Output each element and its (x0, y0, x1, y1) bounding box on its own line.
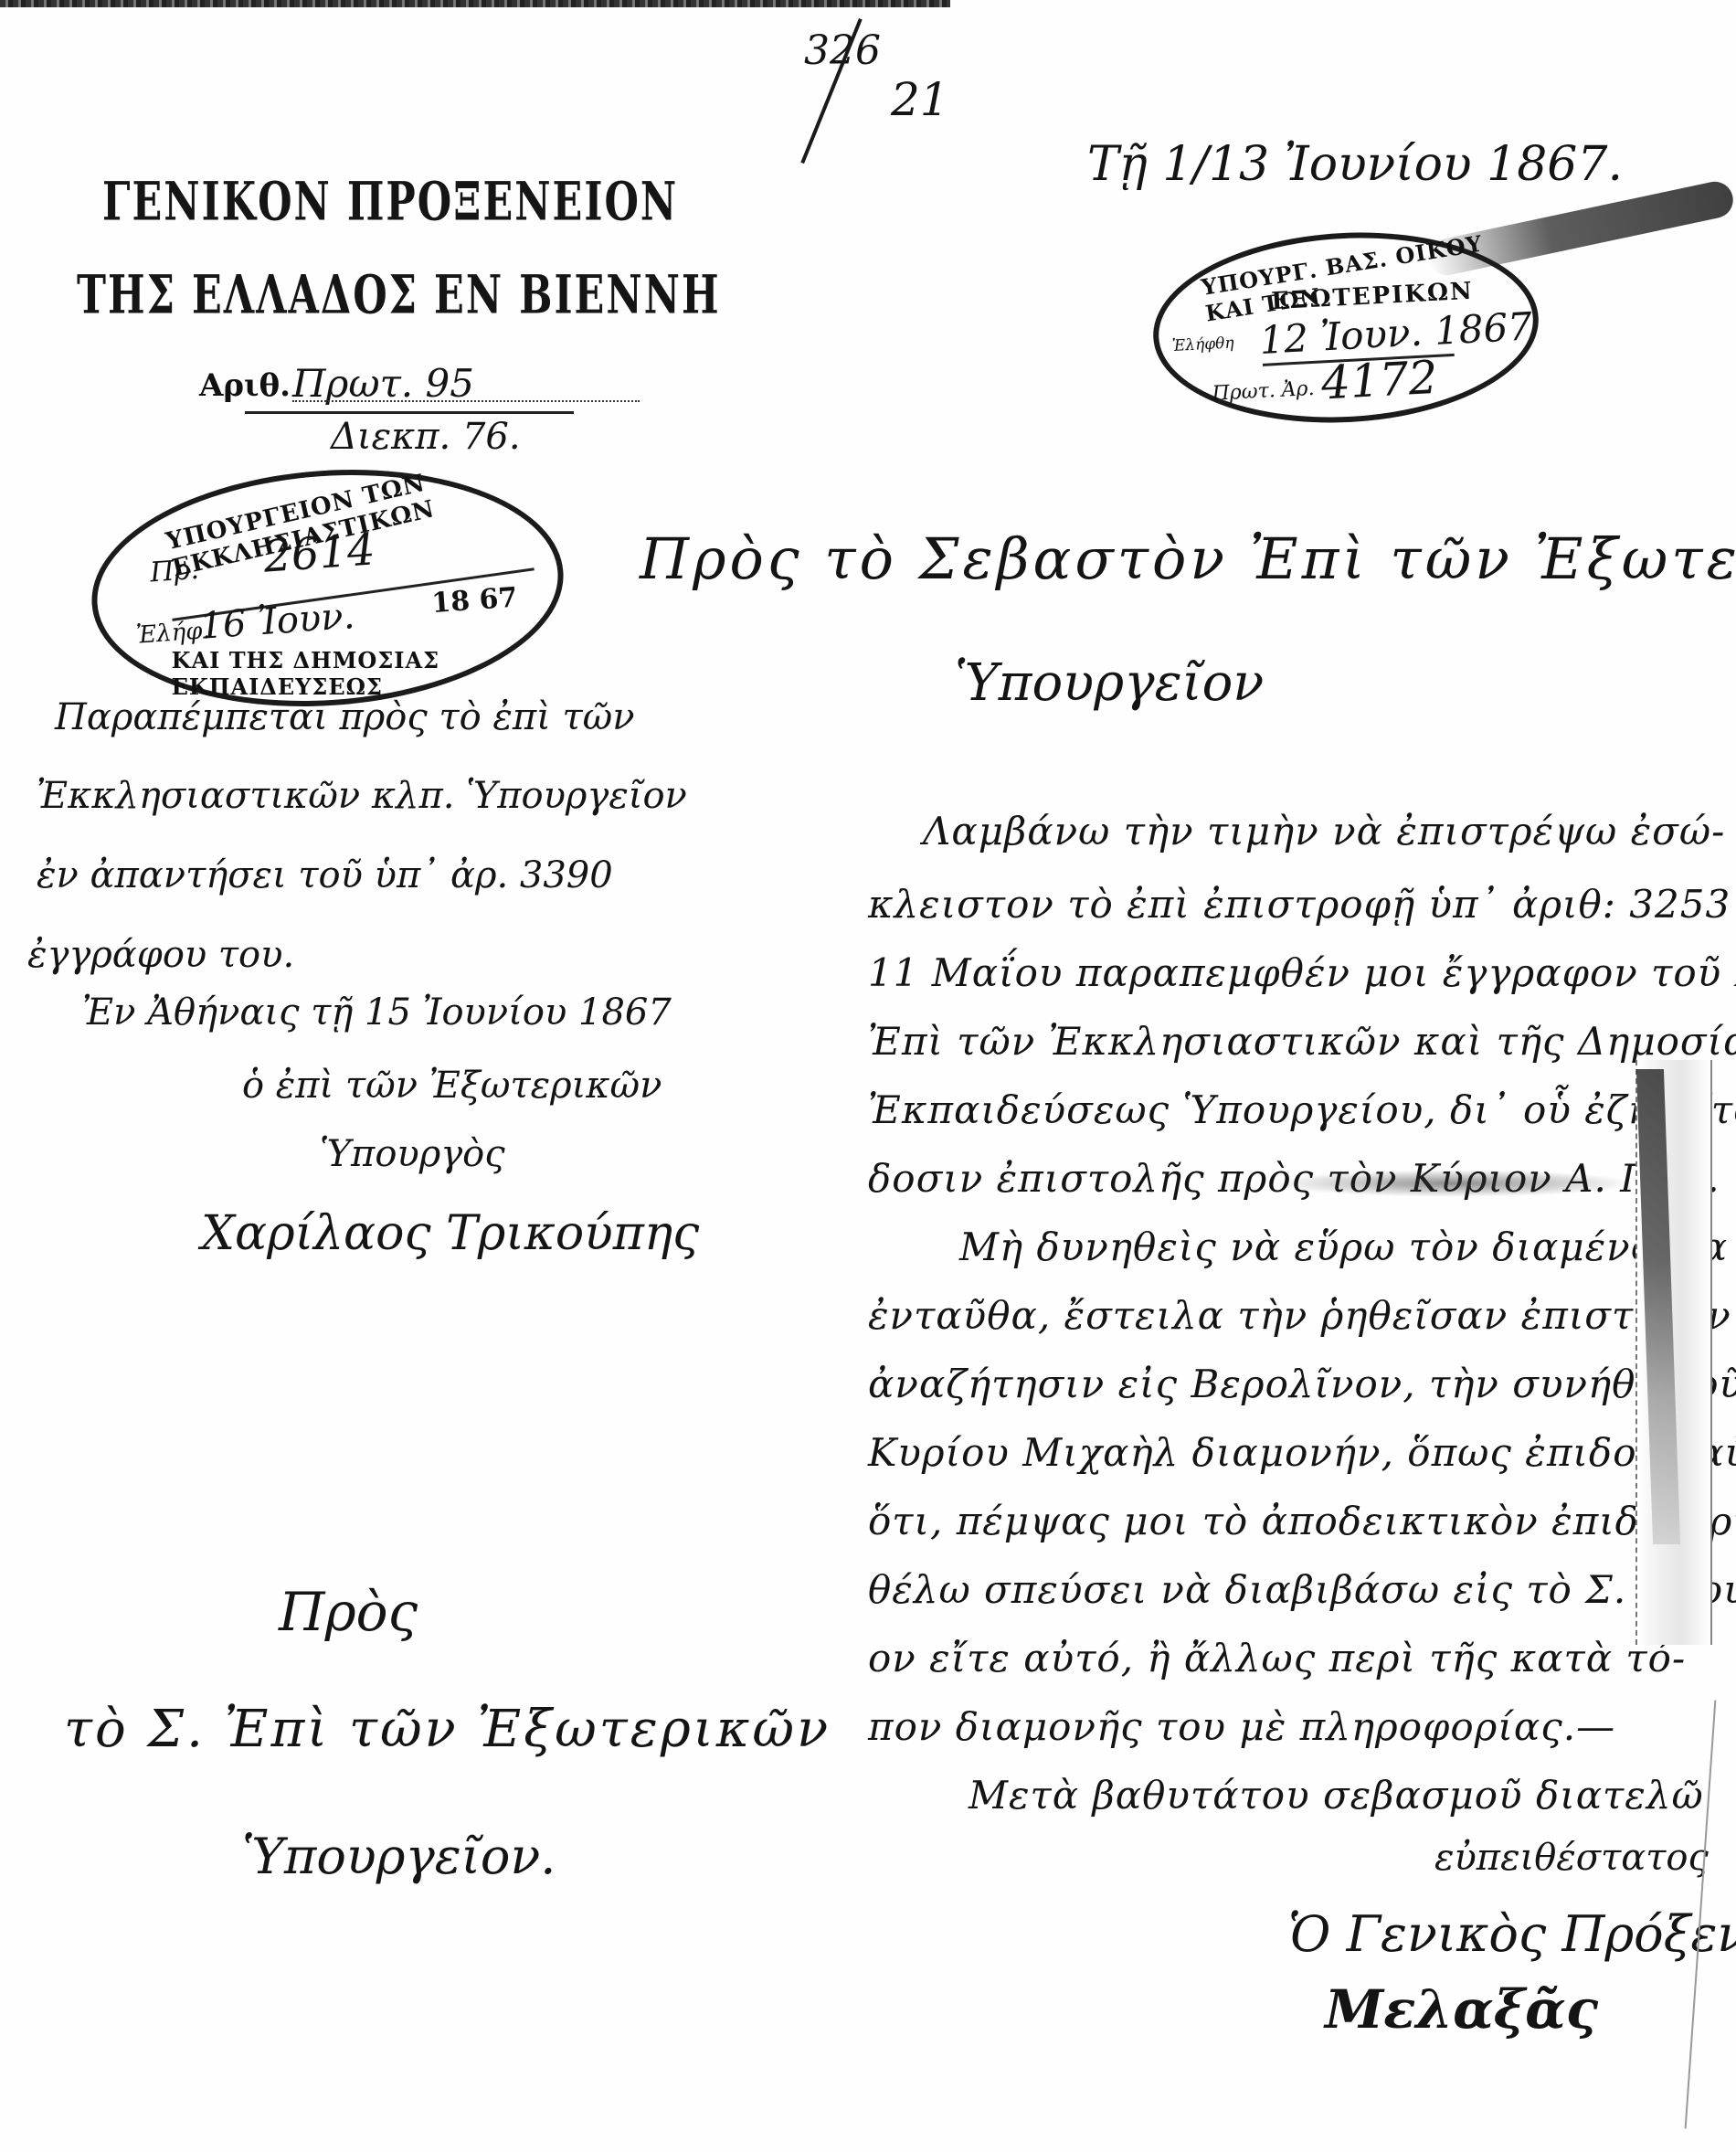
body-line: κλειστον τὸ ἐπὶ ἐπιστροφῇ ὑπ᾽ ἀριθ: 3253… (868, 882, 1736, 927)
marginal-note-line: Ἐκκλησιαστικῶν κλπ. Ὑπουργεῖον (37, 775, 687, 817)
body-line: Λαμβάνω τὴν τιμὴν νὰ ἐπιστρέψω ἐσώ- (923, 809, 1725, 853)
closing-valediction: εὐπειθέστατος (1434, 1837, 1709, 1879)
body-line: Μὴ δυνηθεὶς νὰ εὕρω τὸν διαμένοντα (959, 1224, 1728, 1269)
reference-protocol: Πρωτ. 95 (292, 361, 474, 406)
document-page: 326 21 Τῇ 1/13 Ἰουνίου 1867. ΓΕΝΙΚΟΝ ΠΡΟ… (0, 0, 1736, 2152)
stamp-foreign-ministry: ΥΠΟΥΡΓ. ΒΑΣ. ΟΙΚΟΥ ΚΑΙ ΤΩΝ ΕΞΩΤΕΡΙΚΩΝ Ἐλ… (1149, 223, 1543, 432)
letterhead-line-1: ΓΕΝΙΚΟΝ ΠΡΟΞΕΝΕΙΟΝ (102, 172, 678, 234)
scan-edge (0, 0, 950, 7)
body-line: ον εἴτε αὐτό, ἢ ἄλλως περὶ τῆς κατὰ τό- (868, 1636, 1686, 1680)
body-line: πον διαμονῆς του μὲ πληροφορίας.— (868, 1704, 1615, 1749)
reference-label: Αριθ. (199, 367, 291, 404)
body-line: Ἐπὶ τῶν Ἐκκλησιαστικῶν καὶ τῆς Δημοσίας (868, 1019, 1736, 1064)
stamp-received-label: Ἐλήφθη (1171, 334, 1234, 355)
stamp-education-ministry: ΥΠΟΥΡΓΕΙΟΝ ΤΩΝ ΕΚΚΛΗΣΙΑΣΤΙΚΩΝ Πρ. 2614 Ἐ… (84, 454, 572, 721)
reference-dispatch: Διεκπ. 76. (331, 416, 521, 458)
marginal-note-line: ἐγγράφου του. (27, 934, 294, 976)
stamp-protocol-label: Πρ. (149, 554, 200, 589)
reference-dotted-rule (292, 400, 640, 402)
archive-number-denominator: 21 (891, 73, 949, 126)
closing-title: Ὁ Γενικὸς Πρόξενος (1288, 1905, 1736, 1963)
minister-signature: Χαρίλαος Τρικούπης (201, 1206, 699, 1261)
body-line: Μετὰ βαθυτάτου σεβασμοῦ διατελῶ (969, 1773, 1704, 1818)
marginal-note-line: ἐν ἀπαντήσει τοῦ ὑπ᾽ ἀρ. 3390 (37, 854, 613, 896)
body-line: 11 Μαΐου παραπεμφθέν μοι ἔγγραφον τοῦ Σ. (868, 950, 1736, 995)
stamp-arc-bottom: ΚΑΙ ΤΗΣ ΔΗΜΟΣΙΑΣ ΕΚΠΑΙΔΕΥΣΕΩΣ (172, 647, 565, 700)
recipient-line-2: τὸ Σ. Ἐπὶ τῶν Ἐξωτερικῶν (64, 1700, 831, 1759)
addressee-heading-line-2: Ὑπουργεῖον (955, 653, 1264, 713)
stamp-protocol-label: Πρωτ. Ἀρ. (1212, 377, 1315, 406)
reference-rule (245, 411, 574, 414)
marginal-note-line: Ἐν Ἀθήναις τῇ 15 Ἰουνίου 1867 (82, 991, 672, 1034)
body-line: ἐνταῦθα, ἔστειλα τὴν ῥηθεῖσαν ἐπιστολὴν … (868, 1293, 1736, 1338)
marginal-note-line: ὁ ἐπὶ τῶν Ἐξωτερικῶν (242, 1065, 662, 1107)
recipient-line-3: Ὑπουργεῖον. (242, 1828, 556, 1885)
letter-date: Τῇ 1/13 Ἰουνίου 1867. (1087, 137, 1623, 192)
body-line: Ἐκπαιδεύσεως Ὑπουργείου, δι᾽ οὗ ἐζητεῖτο… (868, 1087, 1736, 1132)
stamp-year: 18 67 (430, 582, 518, 620)
ink-smudge (1270, 1170, 1635, 1197)
marginal-note-line: Παραπέμπεται πρὸς τὸ ἐπὶ τῶν (55, 696, 635, 738)
stamp-protocol-value: 4172 (1320, 351, 1439, 410)
recipient-line-1: Πρὸς (279, 1581, 418, 1643)
body-line: ἀναζήτησιν εἰς Βερολῖνον, τὴν συνήθη τοῦ (868, 1362, 1736, 1406)
addressee-heading-line-1: Πρὸς τὸ Σεβαστὸν Ἐπὶ τῶν Ἐξωτερικῶν (640, 525, 1736, 592)
marginal-note-line: Ὑπουργὸς (320, 1133, 505, 1175)
consul-signature: Μελαξᾶς (1325, 1978, 1598, 2041)
stamp-protocol-value: 2614 (262, 524, 377, 582)
body-line: θέλω σπεύσει νὰ διαβιβάσω εἰς τὸ Σ. Ὑπου… (868, 1567, 1736, 1612)
body-line: ὅτι, πέμψας μοι τὸ ἀποδεικτικὸν ἐπιδοτήρ… (868, 1499, 1736, 1543)
letterhead-line-2: ΤΗΣ ΕΛΛΑΔΟΣ ΕΝ ΒΙΕΝΝΗ (77, 265, 721, 327)
body-line: Κυρίου Μιχαὴλ διαμονήν, ὅπως ἐπιδοθῇ αὐτ… (868, 1430, 1736, 1475)
stamp-date-value: 16 Ἰουν. (198, 595, 356, 648)
